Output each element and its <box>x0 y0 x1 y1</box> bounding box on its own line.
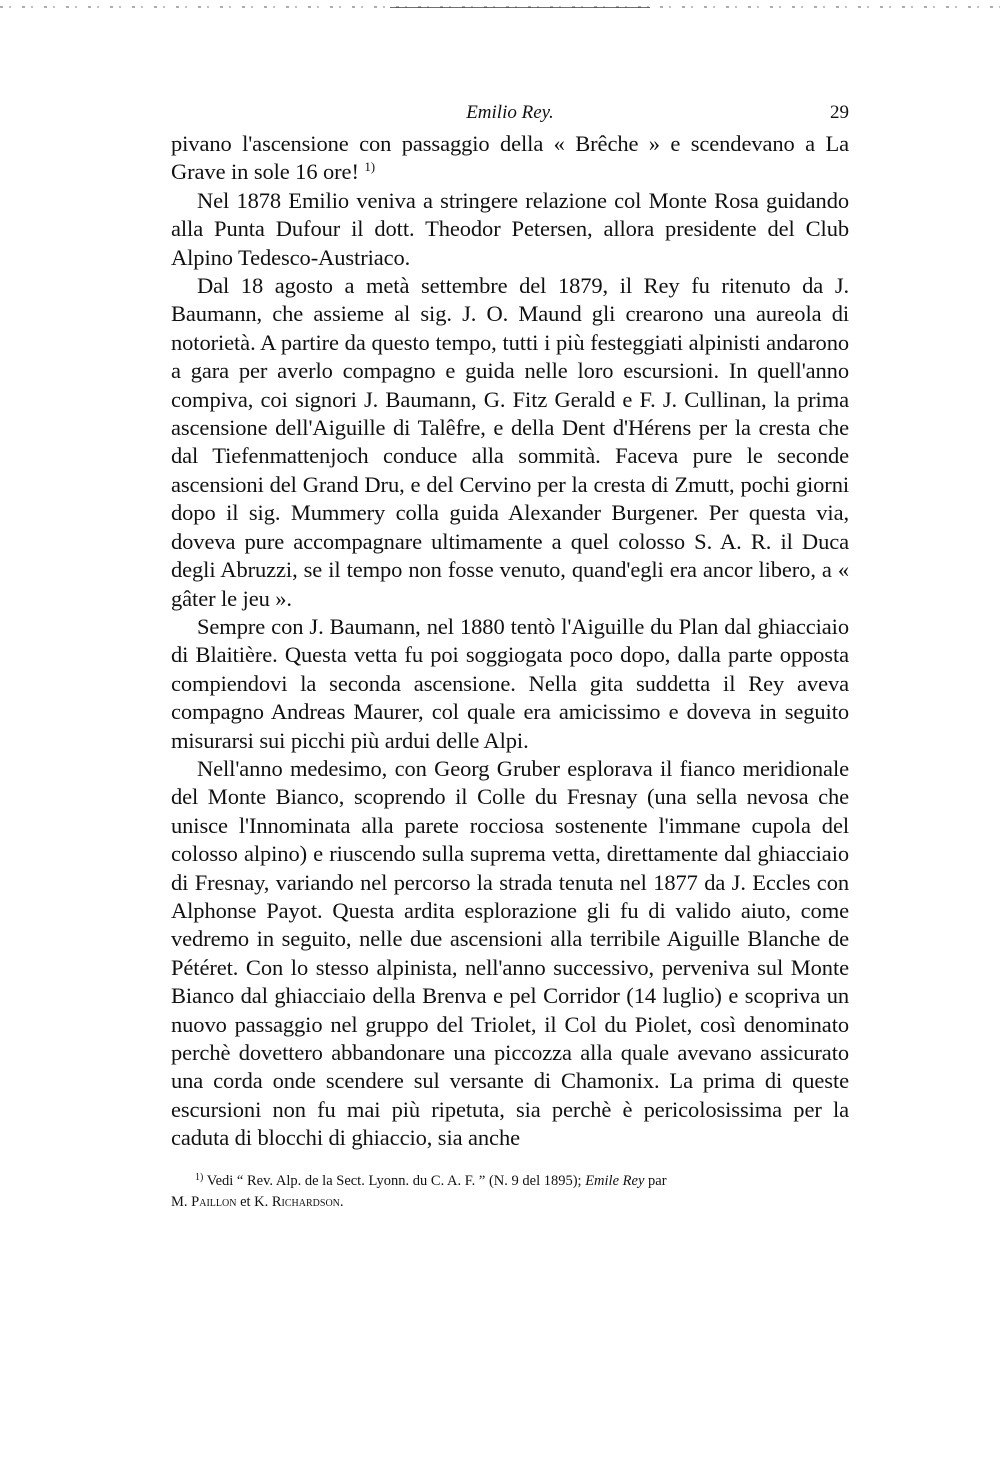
paragraph-continuation: pivano l'ascensione con passaggio della … <box>171 130 849 187</box>
page-number: 29 <box>830 102 849 124</box>
author-name: Paillon <box>191 1194 236 1210</box>
conjunction: et <box>240 1194 250 1210</box>
book-page: Emilio Rey. 29 pivano l'ascensione con p… <box>171 100 849 1213</box>
author-name: Richardson. <box>272 1194 344 1210</box>
paragraph-text: pivano l'ascensione con passaggio della … <box>171 131 849 184</box>
running-title: Emilio Rey. <box>171 102 849 124</box>
footnotes: 1) Vedi “ Rev. Alp. de la Sect. Lyonn. d… <box>171 1171 849 1213</box>
footnote-text: Vedi “ Rev. Alp. de la Sect. Lyonn. du C… <box>207 1173 582 1189</box>
paragraph: Sempre con J. Baumann, nel 1880 tentò l'… <box>171 613 849 755</box>
footnote-authors: M. Paillon et K. Richardson. <box>171 1192 849 1213</box>
scan-border-line <box>390 7 650 8</box>
author-initial: K. <box>254 1194 268 1210</box>
paragraph: Nel 1878 Emilio veniva a stringere relaz… <box>171 187 849 272</box>
footnote: 1) Vedi “ Rev. Alp. de la Sect. Lyonn. d… <box>195 1171 849 1192</box>
footnote-marker: 1) <box>195 1172 203 1183</box>
body-text: pivano l'ascensione con passaggio della … <box>171 130 849 1153</box>
paragraph: Dal 18 agosto a metà settembre del 1879,… <box>171 272 849 613</box>
running-header: Emilio Rey. 29 <box>171 100 849 130</box>
footnote-text: par <box>648 1173 667 1189</box>
footnote-italic-title: Emile Rey <box>585 1173 644 1189</box>
paragraph: Nell'anno medesimo, con Georg Gruber esp… <box>171 755 849 1153</box>
author-initial: M. <box>171 1194 188 1210</box>
footnote-reference: 1) <box>364 159 375 174</box>
